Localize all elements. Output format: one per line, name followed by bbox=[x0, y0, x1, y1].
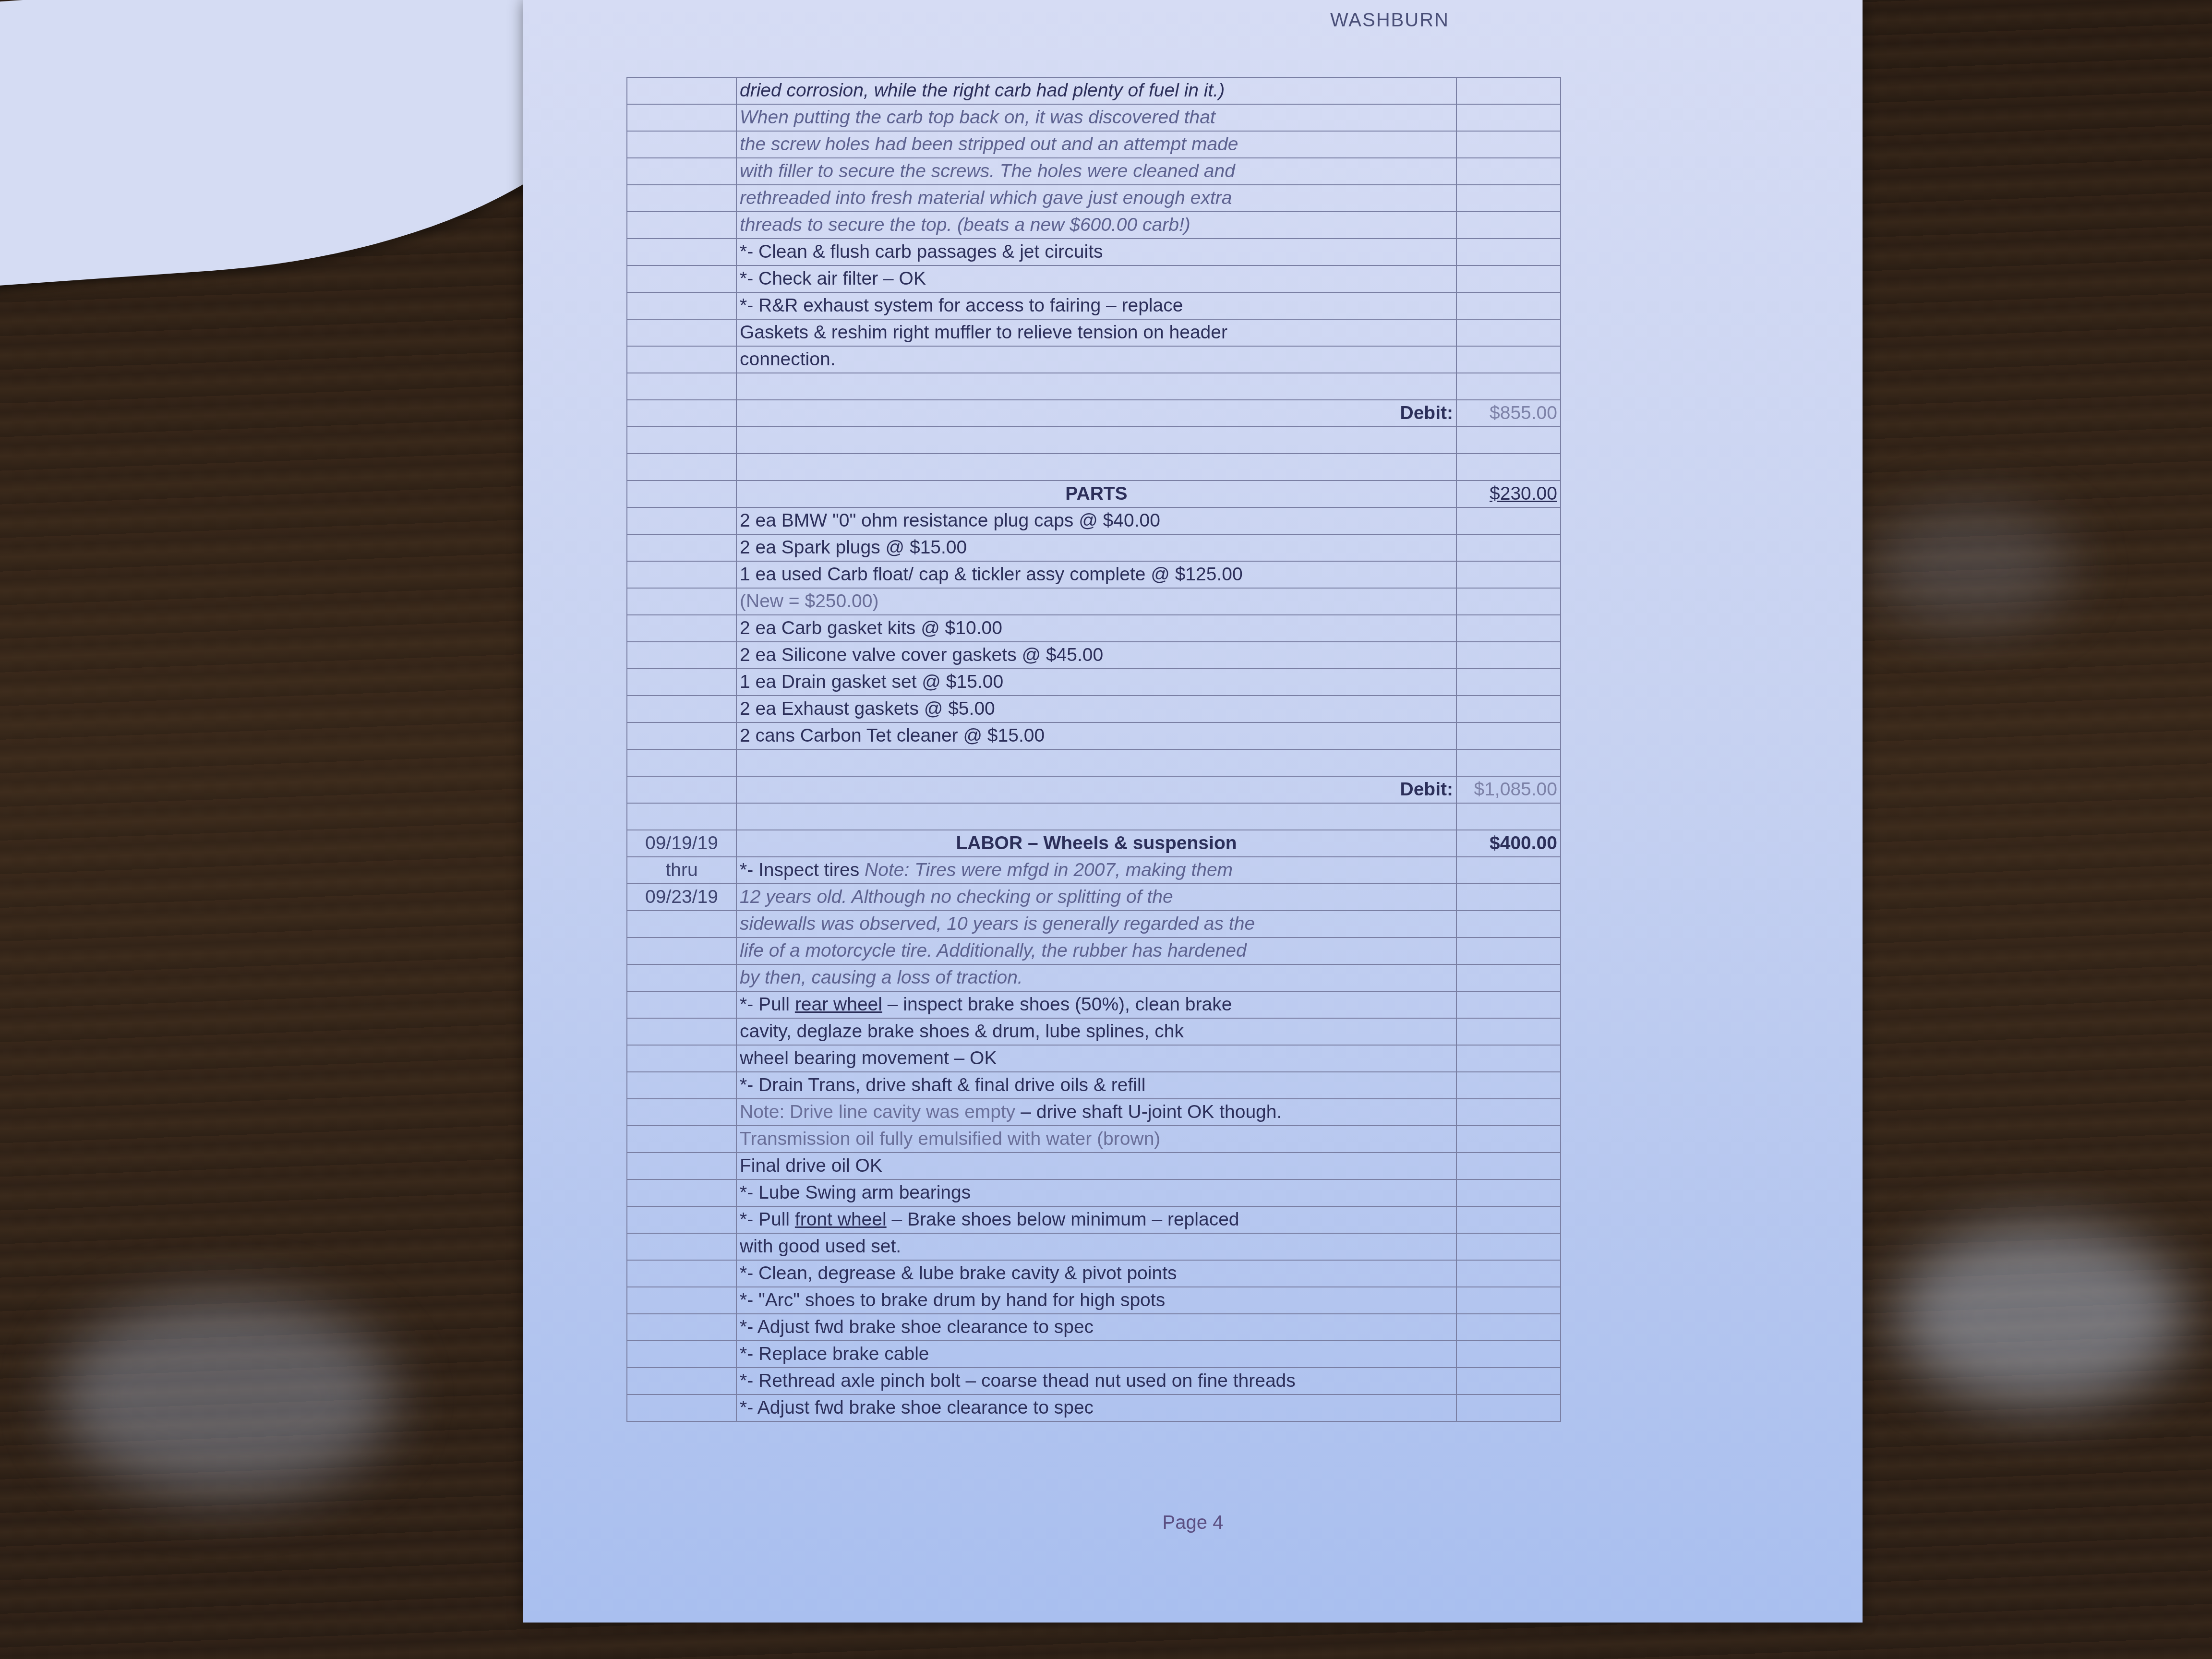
line-item-row: *- Check air filter – OK bbox=[627, 265, 1561, 292]
date-cell bbox=[627, 561, 736, 588]
date-cell bbox=[627, 319, 736, 346]
date-cell bbox=[627, 1045, 736, 1072]
description-cell: *- Pull rear wheel – inspect brake shoes… bbox=[736, 991, 1456, 1018]
text-run: – drive shaft U-joint OK though. bbox=[1015, 1102, 1282, 1122]
part-item-row: 2 ea Carb gasket kits @ $10.00 bbox=[627, 615, 1561, 642]
labor-item-row: *- Clean, degrease & lube brake cavity &… bbox=[627, 1260, 1561, 1287]
amount-cell bbox=[1456, 1206, 1561, 1233]
part-item-row: (New = $250.00) bbox=[627, 588, 1561, 615]
date-cell bbox=[627, 1341, 736, 1368]
labor-item-row: Transmission oil fully emulsified with w… bbox=[627, 1126, 1561, 1153]
description-cell: Transmission oil fully emulsified with w… bbox=[736, 1126, 1456, 1153]
text-run: – inspect brake shoes (50%), clean brake bbox=[882, 994, 1232, 1015]
description-cell: 2 ea BMW "0" ohm resistance plug caps @ … bbox=[736, 507, 1456, 534]
description-cell: 2 ea Spark plugs @ $15.00 bbox=[736, 534, 1456, 561]
description-cell: with good used set. bbox=[736, 1233, 1456, 1260]
date-cell bbox=[627, 534, 736, 561]
labor-item-text: sidewalls was observed, 10 years is gene… bbox=[740, 914, 1255, 934]
amount-cell bbox=[1456, 857, 1561, 884]
description-cell: *- Replace brake cable bbox=[736, 1341, 1456, 1368]
note-text: by then, causing a loss of traction. bbox=[740, 967, 1023, 988]
blank-row bbox=[627, 803, 1561, 830]
note-text: Note: Tires were mfgd in 2007, making th… bbox=[865, 860, 1233, 880]
note-text: Note: Drive line cavity was empty bbox=[740, 1102, 1015, 1122]
page-number: Page 4 bbox=[523, 1512, 1863, 1534]
labor-total: $400.00 bbox=[1490, 833, 1557, 854]
amount-cell bbox=[1456, 158, 1561, 185]
description-cell: dried corrosion, while the right carb ha… bbox=[736, 77, 1456, 104]
note-text: Transmission oil fully emulsified with w… bbox=[740, 1129, 1160, 1149]
date-cell bbox=[627, 991, 736, 1018]
labor-item-text: wheel bearing movement – OK bbox=[740, 1048, 997, 1069]
date-cell bbox=[627, 1126, 736, 1153]
labor-item-text: by then, causing a loss of traction. bbox=[740, 967, 1023, 988]
labor-item-text: *- Adjust fwd brake shoe clearance to sp… bbox=[740, 1397, 1094, 1418]
line-item-text: *- Clean & flush carb passages & jet cir… bbox=[740, 241, 1103, 262]
date-cell bbox=[627, 776, 736, 803]
description-cell: 1 ea Drain gasket set @ $15.00 bbox=[736, 669, 1456, 696]
text-run: *- Pull bbox=[740, 1209, 795, 1230]
description-cell: connection. bbox=[736, 346, 1456, 373]
labor-item-text: Note: Drive line cavity was empty – driv… bbox=[740, 1102, 1282, 1122]
table-glare bbox=[1872, 504, 2074, 629]
description-cell: *- R&R exhaust system for access to fair… bbox=[736, 292, 1456, 319]
line-item-row: connection. bbox=[627, 346, 1561, 373]
amount-cell bbox=[1456, 991, 1561, 1018]
invoice-page: WASHBURN dried corrosion, while the righ… bbox=[523, 0, 1863, 1623]
part-item-row: 1 ea used Carb float/ cap & tickler assy… bbox=[627, 561, 1561, 588]
date-cell bbox=[627, 911, 736, 938]
amount-cell bbox=[1456, 1260, 1561, 1287]
table-glare bbox=[58, 1296, 394, 1498]
amount-cell bbox=[1456, 1341, 1561, 1368]
date-cell bbox=[627, 696, 736, 722]
amount-cell bbox=[1456, 561, 1561, 588]
amount-cell bbox=[1456, 104, 1561, 131]
description-cell: 2 ea Exhaust gaskets @ $5.00 bbox=[736, 696, 1456, 722]
description-cell: the screw holes had been stripped out an… bbox=[736, 131, 1456, 158]
amount-cell bbox=[1456, 1153, 1561, 1179]
amount-cell bbox=[1456, 265, 1561, 292]
amount-cell bbox=[1456, 454, 1561, 481]
amount-cell bbox=[1456, 722, 1561, 749]
labor-item-text: *- "Arc" shoes to brake drum by hand for… bbox=[740, 1290, 1165, 1310]
date-cell bbox=[627, 615, 736, 642]
text-run: *- "Arc" shoes to brake drum by hand for… bbox=[740, 1290, 1165, 1310]
labor-item-row: thru*- Inspect tires Note: Tires were mf… bbox=[627, 857, 1561, 884]
labor-item-row: wheel bearing movement – OK bbox=[627, 1045, 1561, 1072]
part-item-text: 2 ea Carb gasket kits @ $10.00 bbox=[740, 618, 1002, 638]
amount-cell bbox=[1456, 696, 1561, 722]
date-cell bbox=[627, 373, 736, 400]
amount-cell bbox=[1456, 588, 1561, 615]
labor-item-row: *- Pull front wheel – Brake shoes below … bbox=[627, 1206, 1561, 1233]
amount-cell bbox=[1456, 615, 1561, 642]
amount-cell bbox=[1456, 77, 1561, 104]
labor-item-row: *- Adjust fwd brake shoe clearance to sp… bbox=[627, 1314, 1561, 1341]
line-item-row: the screw holes had been stripped out an… bbox=[627, 131, 1561, 158]
labor-item-text: Transmission oil fully emulsified with w… bbox=[740, 1129, 1160, 1149]
date-cell bbox=[627, 1287, 736, 1314]
date-cell bbox=[627, 265, 736, 292]
part-item-text: (New = $250.00) bbox=[740, 591, 878, 612]
description-cell: PARTS bbox=[736, 481, 1456, 507]
amount-cell: $855.00 bbox=[1456, 400, 1561, 427]
part-item-text: 2 ea Exhaust gaskets @ $5.00 bbox=[740, 698, 995, 719]
line-item-text: When putting the carb top back on, it wa… bbox=[740, 107, 1215, 128]
part-item-row: 2 ea Spark plugs @ $15.00 bbox=[627, 534, 1561, 561]
amount-cell bbox=[1456, 803, 1561, 830]
emphasis-text: front wheel bbox=[795, 1209, 887, 1230]
date-cell bbox=[627, 1206, 736, 1233]
debit-value: $855.00 bbox=[1490, 403, 1557, 423]
date-cell bbox=[627, 1260, 736, 1287]
labor-item-row: Final drive oil OK bbox=[627, 1153, 1561, 1179]
line-item-text: rethreaded into fresh material which gav… bbox=[740, 188, 1232, 208]
labor-item-row: *- Drain Trans, drive shaft & final driv… bbox=[627, 1072, 1561, 1099]
labor-section-title: LABOR – Wheels & suspension bbox=[956, 833, 1237, 854]
text-run: *- Replace brake cable bbox=[740, 1344, 929, 1364]
amount-cell bbox=[1456, 1233, 1561, 1260]
note-text: sidewalls was observed, 10 years is gene… bbox=[740, 914, 1255, 934]
amount-cell bbox=[1456, 1287, 1561, 1314]
description-cell bbox=[736, 749, 1456, 776]
labor-item-text: *- Drain Trans, drive shaft & final driv… bbox=[740, 1075, 1145, 1095]
text-run: *- Drain Trans, drive shaft & final driv… bbox=[740, 1075, 1145, 1095]
text-run: *- Lube Swing arm bearings bbox=[740, 1182, 971, 1203]
date-cell: thru bbox=[627, 857, 736, 884]
text-run: *- Rethread axle pinch bolt – coarse the… bbox=[740, 1370, 1296, 1391]
date-cell bbox=[627, 1314, 736, 1341]
date-cell bbox=[627, 400, 736, 427]
description-cell: *- "Arc" shoes to brake drum by hand for… bbox=[736, 1287, 1456, 1314]
description-cell: 2 ea Silicone valve cover gaskets @ $45.… bbox=[736, 642, 1456, 669]
amount-cell bbox=[1456, 507, 1561, 534]
line-item-row: threads to secure the top. (beats a new … bbox=[627, 212, 1561, 239]
description-cell: Final drive oil OK bbox=[736, 1153, 1456, 1179]
description-cell: 1 ea used Carb float/ cap & tickler assy… bbox=[736, 561, 1456, 588]
amount-cell bbox=[1456, 239, 1561, 265]
description-cell: *- Clean & flush carb passages & jet cir… bbox=[736, 239, 1456, 265]
description-cell: by then, causing a loss of traction. bbox=[736, 964, 1456, 991]
description-cell: *- Drain Trans, drive shaft & final driv… bbox=[736, 1072, 1456, 1099]
part-item-row: 2 ea Silicone valve cover gaskets @ $45.… bbox=[627, 642, 1561, 669]
description-cell: 2 ea Carb gasket kits @ $10.00 bbox=[736, 615, 1456, 642]
date-cell bbox=[627, 1153, 736, 1179]
text-run: wheel bearing movement – OK bbox=[740, 1048, 997, 1069]
amount-cell bbox=[1456, 964, 1561, 991]
blank-row bbox=[627, 454, 1561, 481]
date-cell bbox=[627, 131, 736, 158]
date-cell bbox=[627, 239, 736, 265]
description-cell: *- Rethread axle pinch bolt – coarse the… bbox=[736, 1368, 1456, 1395]
debit-label: Debit: bbox=[1400, 403, 1454, 423]
labor-item-row: life of a motorcycle tire. Additionally,… bbox=[627, 938, 1561, 964]
labor-item-text: *- Pull front wheel – Brake shoes below … bbox=[740, 1209, 1239, 1230]
part-item-text: 2 ea BMW "0" ohm resistance plug caps @ … bbox=[740, 510, 1160, 531]
labor-item-text: 12 years old. Although no checking or sp… bbox=[740, 887, 1173, 907]
date-cell bbox=[627, 803, 736, 830]
description-cell: Gaskets & reshim right muffler to reliev… bbox=[736, 319, 1456, 346]
description-cell: sidewalls was observed, 10 years is gene… bbox=[736, 911, 1456, 938]
amount-cell bbox=[1456, 1368, 1561, 1395]
part-item-text: 2 ea Silicone valve cover gaskets @ $45.… bbox=[740, 645, 1103, 665]
date-cell bbox=[627, 104, 736, 131]
description-cell: *- Lube Swing arm bearings bbox=[736, 1179, 1456, 1206]
description-cell: *- Inspect tires Note: Tires were mfgd i… bbox=[736, 857, 1456, 884]
line-item-text: threads to secure the top. (beats a new … bbox=[740, 215, 1190, 235]
date-cell bbox=[627, 292, 736, 319]
labor-item-text: *- Replace brake cable bbox=[740, 1344, 929, 1364]
amount-cell bbox=[1456, 1126, 1561, 1153]
amount-cell bbox=[1456, 1179, 1561, 1206]
parts-section-title: PARTS bbox=[1065, 483, 1127, 504]
date-cell bbox=[627, 1099, 736, 1126]
line-item-text: *- Check air filter – OK bbox=[740, 268, 926, 289]
text-run: *- Adjust fwd brake shoe clearance to sp… bbox=[740, 1317, 1094, 1337]
text-run: *- Adjust fwd brake shoe clearance to sp… bbox=[740, 1397, 1094, 1418]
labor-item-text: *- Pull rear wheel – inspect brake shoes… bbox=[740, 994, 1232, 1015]
text-run: – Brake shoes below minimum – replaced bbox=[887, 1209, 1239, 1230]
part-item-row: 2 ea Exhaust gaskets @ $5.00 bbox=[627, 696, 1561, 722]
debit-row: Debit:$1,085.00 bbox=[627, 776, 1561, 803]
date-cell bbox=[627, 481, 736, 507]
labor-item-row: *- Lube Swing arm bearings bbox=[627, 1179, 1561, 1206]
labor-item-row: 09/23/1912 years old. Although no checki… bbox=[627, 884, 1561, 911]
date-cell bbox=[627, 669, 736, 696]
line-item-row: rethreaded into fresh material which gav… bbox=[627, 185, 1561, 212]
labor-item-text: with good used set. bbox=[740, 1236, 901, 1257]
labor-item-text: life of a motorcycle tire. Additionally,… bbox=[740, 940, 1247, 961]
date-cell bbox=[627, 964, 736, 991]
description-cell: cavity, deglaze brake shoes & drum, lube… bbox=[736, 1018, 1456, 1045]
date-cell bbox=[627, 722, 736, 749]
service-ledger-table: dried corrosion, while the right carb ha… bbox=[626, 77, 1561, 1422]
description-cell: *- Adjust fwd brake shoe clearance to sp… bbox=[736, 1314, 1456, 1341]
amount-cell bbox=[1456, 427, 1561, 454]
blank-row bbox=[627, 427, 1561, 454]
date-cell bbox=[627, 588, 736, 615]
amount-cell bbox=[1456, 669, 1561, 696]
text-run: with good used set. bbox=[740, 1236, 901, 1257]
amount-cell bbox=[1456, 1018, 1561, 1045]
table-glare bbox=[1896, 1224, 2184, 1407]
text-run: *- Inspect tires bbox=[740, 860, 865, 880]
section-header-row: 09/19/19LABOR – Wheels & suspension$400.… bbox=[627, 830, 1561, 857]
date-cell: 09/23/19 bbox=[627, 884, 736, 911]
description-cell bbox=[736, 803, 1456, 830]
amount-cell bbox=[1456, 534, 1561, 561]
date-cell bbox=[627, 158, 736, 185]
date-cell bbox=[627, 1233, 736, 1260]
date-cell bbox=[627, 642, 736, 669]
note-text: life of a motorcycle tire. Additionally,… bbox=[740, 940, 1247, 961]
labor-item-text: cavity, deglaze brake shoes & drum, lube… bbox=[740, 1021, 1184, 1042]
date-cell bbox=[627, 1072, 736, 1099]
description-cell: *- Clean, degrease & lube brake cavity &… bbox=[736, 1260, 1456, 1287]
amount-cell: $230.00 bbox=[1456, 481, 1561, 507]
labor-item-text: *- Adjust fwd brake shoe clearance to sp… bbox=[740, 1317, 1094, 1337]
part-item-row: 2 cans Carbon Tet cleaner @ $15.00 bbox=[627, 722, 1561, 749]
line-item-text: connection. bbox=[740, 349, 835, 370]
amount-cell bbox=[1456, 1045, 1561, 1072]
description-cell: with filler to secure the screws. The ho… bbox=[736, 158, 1456, 185]
date-cell bbox=[627, 749, 736, 776]
description-cell bbox=[736, 454, 1456, 481]
part-item-text: 1 ea Drain gasket set @ $15.00 bbox=[740, 672, 1003, 692]
part-item-row: 1 ea Drain gasket set @ $15.00 bbox=[627, 669, 1561, 696]
line-item-row: with filler to secure the screws. The ho… bbox=[627, 158, 1561, 185]
date-cell bbox=[627, 346, 736, 373]
amount-cell bbox=[1456, 185, 1561, 212]
amount-cell bbox=[1456, 884, 1561, 911]
description-cell: life of a motorcycle tire. Additionally,… bbox=[736, 938, 1456, 964]
date-cell bbox=[627, 427, 736, 454]
description-cell: *- Check air filter – OK bbox=[736, 265, 1456, 292]
line-item-row: dried corrosion, while the right carb ha… bbox=[627, 77, 1561, 104]
line-item-text: dried corrosion, while the right carb ha… bbox=[740, 80, 1225, 101]
date-cell: 09/19/19 bbox=[627, 830, 736, 857]
labor-item-row: with good used set. bbox=[627, 1233, 1561, 1260]
section-header-row: PARTS$230.00 bbox=[627, 481, 1561, 507]
description-cell bbox=[736, 373, 1456, 400]
amount-cell: $400.00 bbox=[1456, 830, 1561, 857]
description-cell: 12 years old. Although no checking or sp… bbox=[736, 884, 1456, 911]
date-cell bbox=[627, 77, 736, 104]
amount-cell bbox=[1456, 292, 1561, 319]
amount-cell bbox=[1456, 319, 1561, 346]
amount-cell bbox=[1456, 131, 1561, 158]
description-cell: wheel bearing movement – OK bbox=[736, 1045, 1456, 1072]
parts-total: $230.00 bbox=[1490, 483, 1557, 504]
description-cell: Debit: bbox=[736, 400, 1456, 427]
line-item-row: Gaskets & reshim right muffler to reliev… bbox=[627, 319, 1561, 346]
description-cell: Debit: bbox=[736, 776, 1456, 803]
description-cell: rethreaded into fresh material which gav… bbox=[736, 185, 1456, 212]
line-item-text: the screw holes had been stripped out an… bbox=[740, 134, 1238, 155]
line-item-text: *- R&R exhaust system for access to fair… bbox=[740, 295, 1183, 316]
labor-item-text: Final drive oil OK bbox=[740, 1155, 882, 1176]
description-cell: When putting the carb top back on, it wa… bbox=[736, 104, 1456, 131]
labor-item-text: *- Inspect tires Note: Tires were mfgd i… bbox=[740, 860, 1233, 880]
date-cell bbox=[627, 185, 736, 212]
amount-cell: $1,085.00 bbox=[1456, 776, 1561, 803]
line-item-row: When putting the carb top back on, it wa… bbox=[627, 104, 1561, 131]
blank-row bbox=[627, 749, 1561, 776]
date-cell bbox=[627, 1395, 736, 1421]
date-cell bbox=[627, 1018, 736, 1045]
date-cell bbox=[627, 1179, 736, 1206]
emphasis-text: rear wheel bbox=[795, 994, 882, 1015]
labor-item-row: Note: Drive line cavity was empty – driv… bbox=[627, 1099, 1561, 1126]
labor-item-row: cavity, deglaze brake shoes & drum, lube… bbox=[627, 1018, 1561, 1045]
labor-item-row: *- Pull rear wheel – inspect brake shoes… bbox=[627, 991, 1561, 1018]
amount-cell bbox=[1456, 373, 1561, 400]
date-cell bbox=[627, 1368, 736, 1395]
text-run: cavity, deglaze brake shoes & drum, lube… bbox=[740, 1021, 1184, 1042]
part-item-row: 2 ea BMW "0" ohm resistance plug caps @ … bbox=[627, 507, 1561, 534]
date-cell bbox=[627, 507, 736, 534]
note-text: 12 years old. Although no checking or sp… bbox=[740, 887, 1173, 907]
labor-item-text: *- Clean, degrease & lube brake cavity &… bbox=[740, 1263, 1177, 1284]
debit-label: Debit: bbox=[1400, 779, 1454, 800]
labor-item-row: *- Rethread axle pinch bolt – coarse the… bbox=[627, 1368, 1561, 1395]
text-run: Final drive oil OK bbox=[740, 1155, 882, 1176]
line-item-text: Gaskets & reshim right muffler to reliev… bbox=[740, 322, 1227, 343]
line-item-row: *- Clean & flush carb passages & jet cir… bbox=[627, 239, 1561, 265]
description-cell bbox=[736, 427, 1456, 454]
amount-cell bbox=[1456, 1072, 1561, 1099]
amount-cell bbox=[1456, 346, 1561, 373]
labor-item-row: sidewalls was observed, 10 years is gene… bbox=[627, 911, 1561, 938]
description-cell: 2 cans Carbon Tet cleaner @ $15.00 bbox=[736, 722, 1456, 749]
labor-item-text: *- Lube Swing arm bearings bbox=[740, 1182, 971, 1203]
line-item-row: *- R&R exhaust system for access to fair… bbox=[627, 292, 1561, 319]
amount-cell bbox=[1456, 1314, 1561, 1341]
labor-item-row: *- "Arc" shoes to brake drum by hand for… bbox=[627, 1287, 1561, 1314]
date-cell bbox=[627, 938, 736, 964]
part-item-text: 2 cans Carbon Tet cleaner @ $15.00 bbox=[740, 725, 1045, 746]
line-item-row bbox=[627, 373, 1561, 400]
description-cell: *- Adjust fwd brake shoe clearance to sp… bbox=[736, 1395, 1456, 1421]
amount-cell bbox=[1456, 749, 1561, 776]
labor-item-row: *- Adjust fwd brake shoe clearance to sp… bbox=[627, 1395, 1561, 1421]
date-cell bbox=[627, 454, 736, 481]
amount-cell bbox=[1456, 938, 1561, 964]
description-cell: (New = $250.00) bbox=[736, 588, 1456, 615]
description-cell: LABOR – Wheels & suspension bbox=[736, 830, 1456, 857]
amount-cell bbox=[1456, 1395, 1561, 1421]
labor-item-row: by then, causing a loss of traction. bbox=[627, 964, 1561, 991]
amount-cell bbox=[1456, 1099, 1561, 1126]
date-cell bbox=[627, 212, 736, 239]
debit-row: Debit:$855.00 bbox=[627, 400, 1561, 427]
description-cell: *- Pull front wheel – Brake shoes below … bbox=[736, 1206, 1456, 1233]
text-run: *- Pull bbox=[740, 994, 795, 1015]
amount-cell bbox=[1456, 911, 1561, 938]
text-run: *- Clean, degrease & lube brake cavity &… bbox=[740, 1263, 1177, 1284]
part-item-text: 1 ea used Carb float/ cap & tickler assy… bbox=[740, 564, 1243, 585]
page-header: WASHBURN bbox=[523, 10, 1863, 31]
debit-value: $1,085.00 bbox=[1474, 779, 1557, 800]
description-cell: threads to secure the top. (beats a new … bbox=[736, 212, 1456, 239]
line-item-text: with filler to secure the screws. The ho… bbox=[740, 161, 1235, 181]
description-cell: Note: Drive line cavity was empty – driv… bbox=[736, 1099, 1456, 1126]
part-item-text: 2 ea Spark plugs @ $15.00 bbox=[740, 537, 967, 558]
amount-cell bbox=[1456, 212, 1561, 239]
labor-item-text: *- Rethread axle pinch bolt – coarse the… bbox=[740, 1370, 1296, 1391]
labor-item-row: *- Replace brake cable bbox=[627, 1341, 1561, 1368]
amount-cell bbox=[1456, 642, 1561, 669]
